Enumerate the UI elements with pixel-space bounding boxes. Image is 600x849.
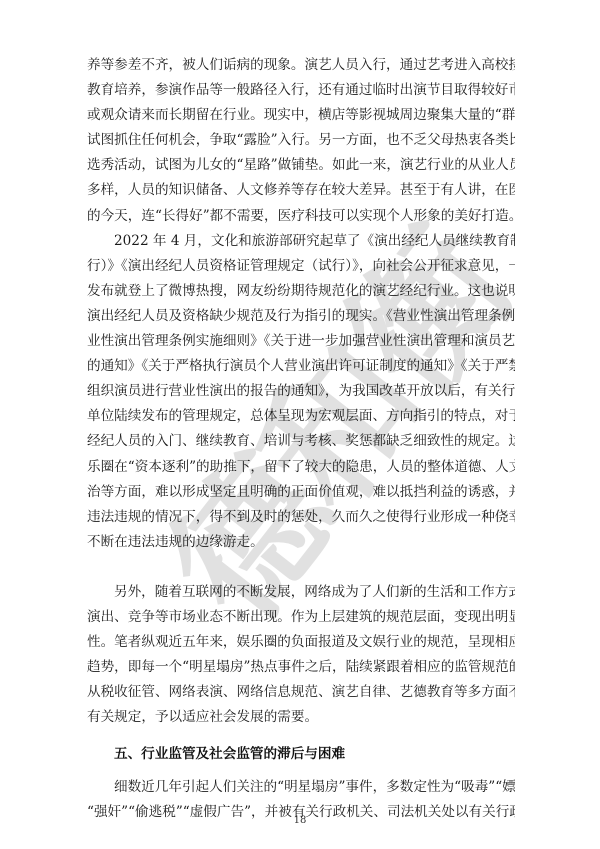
text-line: 组织演员进行营业性演出的报告的通知》，为我国改革开放以后，有关行业主管	[87, 379, 515, 404]
text-line: 养等参差不齐，被人们诟病的现象。演艺人员入行，通过艺考进入高校接受艺术	[87, 53, 515, 78]
text-line: 多样，人员的知识储备、人文修养等存在较大差异。甚至于有人讲，在医美发达	[87, 178, 515, 203]
text-line: 不断在违法违规的边缘游走。	[87, 530, 515, 555]
text-line	[87, 555, 515, 580]
paragraph-2: 2022 年 4 月，文化和旅游部研究起草了《演出经纪人员继续教育制度（试 行）…	[87, 229, 515, 580]
text-line: 行）》《演出经纪人员资格证管理规定（试行）》，向社会公开征求意见，一经	[87, 254, 515, 279]
text-line: 演出、竞争等市场业态不断出现。作为上层建筑的规范层面，变现出明显的滞后	[87, 605, 515, 630]
text-line: 细数近几年引起人们关注的“明星塌房”事件，多数定性为“吸毒”“嫖娼”	[87, 775, 515, 800]
text-line: 或观众请来而长期留在行业。现实中，横店等影视城周边聚集大量的“群演”，	[87, 103, 515, 128]
document-page: 德和衡 养等参差不齐，被人们诟病的现象。演艺人员入行，通过艺考进入高校接受艺术 …	[0, 0, 600, 849]
text-line: 的今天，连“长得好”都不需要，医疗科技可以实现个人形象的美好打造。	[87, 204, 515, 229]
text-line: 发布就登上了微博热搜，网友纷纷期待规范化的演艺经纪行业。这也说明，对于	[87, 279, 515, 304]
page-number: 18	[0, 815, 600, 826]
text-line: 违法违规的情况下，得不到及时的惩处，久而久之使得行业形成一种侥幸心理，	[87, 505, 515, 530]
section-heading: 五、行业监管及社会监管的滞后与困难	[87, 743, 515, 765]
paragraph-1: 养等参差不齐，被人们诟病的现象。演艺人员入行，通过艺考进入高校接受艺术 教育培养…	[87, 53, 515, 229]
text-line: 选秀活动，试图为儿女的“星路”做铺垫。如此一来，演艺行业的从业人员来源	[87, 153, 515, 178]
paragraph-3: 另外，随着互联网的不断发展，网络成为了人们新的生活和工作方式，新的 演出、竞争等…	[87, 580, 515, 731]
text-line: 经纪人员的入门、继续教育、培训与考核、奖惩都缺乏细致性的规定。这也为娱	[87, 429, 515, 454]
text-line: 趋势，即每一个“明星塌房”热点事件之后，陆续紧跟着相应的监管规范的出台。	[87, 655, 515, 680]
text-line: 单位陆续发布的管理规定，总体呈现为宏观层面、方向指引的特点，对于演艺、	[87, 404, 515, 429]
text-line: 试图抓住任何机会，争取“露脸”入行。另一方面，也不乏父母热衷各类比赛、	[87, 128, 515, 153]
text-line: 另外，随着互联网的不断发展，网络成为了人们新的生活和工作方式，新的	[87, 580, 515, 605]
text-line: 的通知》《关于严格执行演员个人营业演出许可证制度的通知》《关于严禁私自	[87, 354, 515, 379]
text-line: 教育培养，参演作品等一般路径入行，还有通过临时出演节目取得较好市场反映	[87, 78, 515, 103]
text-line: 治等方面，难以形成坚定且明确的正面价值观，难以抵挡利益的诱惑，并在出现	[87, 480, 515, 505]
text-line: 2022 年 4 月，文化和旅游部研究起草了《演出经纪人员继续教育制度（试	[87, 229, 515, 254]
text-line: 从税收征管、网络表演、网络信息规范、演艺自律、艺德教育等多方面不断出台	[87, 680, 515, 705]
text-line: 性。笔者纵观近五年来，娱乐圈的负面报道及文娱行业的规范，呈现相应增长的	[87, 630, 515, 655]
text-line: 乐圈在“资本逐利”的助推下，留下了较大的隐患，人员的整体道德、人文、政	[87, 455, 515, 480]
text-line: 业性演出管理条例实施细则》《关于进一步加强营业性演出管理和演员艺德教育	[87, 329, 515, 354]
text-line: 演出经纪人员及资格缺少规范及行为指引的现实。《营业性演出管理条例》《营	[87, 304, 515, 329]
text-line: 有关规定，予以适应社会发展的需要。	[87, 705, 515, 730]
page-content: 养等参差不齐，被人们诟病的现象。演艺人员入行，通过艺考进入高校接受艺术 教育培养…	[87, 53, 515, 825]
